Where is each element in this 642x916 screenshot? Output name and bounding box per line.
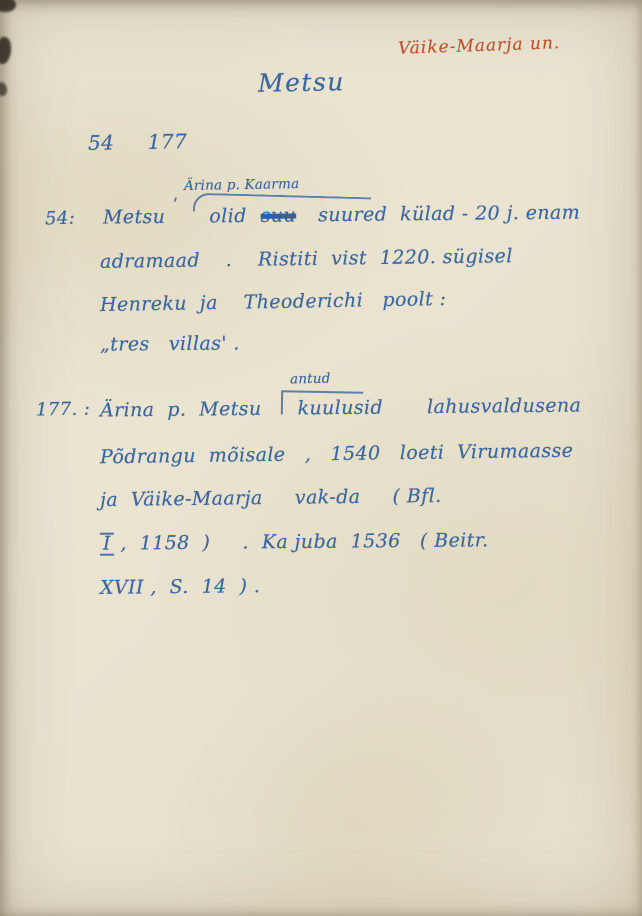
entry1-word-metsu: Metsu: [103, 206, 166, 229]
entry1-line1-rest: suured külad - 20 j. enam: [318, 202, 580, 227]
entry2-word-kuulusid: kuulusid: [297, 397, 383, 420]
entry2-line5: XVII , S. 14 ) .: [100, 575, 260, 599]
entry2-roman-numeral: I: [100, 533, 114, 556]
entry2-line1-pre: Ärina p. Metsu: [100, 398, 262, 422]
page-title: Metsu: [258, 67, 345, 98]
entry2-line1-rest: lahusvaldusena: [427, 394, 582, 418]
entry1-struck-word: suu: [261, 204, 297, 226]
entry1-word-olid: olid: [209, 205, 247, 227]
entry1-insertion: Ärina p. Kaarma: [184, 176, 300, 194]
index-numbers: 54 177: [88, 129, 188, 155]
entry2-line4-rest: , 1158 ) . Ka juba 1536 ( Beitr.: [114, 529, 489, 554]
entry2-line4: I , 1158 ) . Ka juba 1536 ( Beitr.: [100, 529, 489, 555]
entry2-line3: ja Väike-Maarja vak-da ( Bfl.: [100, 485, 442, 511]
entry2-insertion: antud: [290, 371, 331, 388]
entry1-line4: „tres villas' .: [100, 332, 240, 355]
entry1-label: 54:: [45, 207, 76, 229]
entry2-label: 177. :: [36, 399, 91, 421]
